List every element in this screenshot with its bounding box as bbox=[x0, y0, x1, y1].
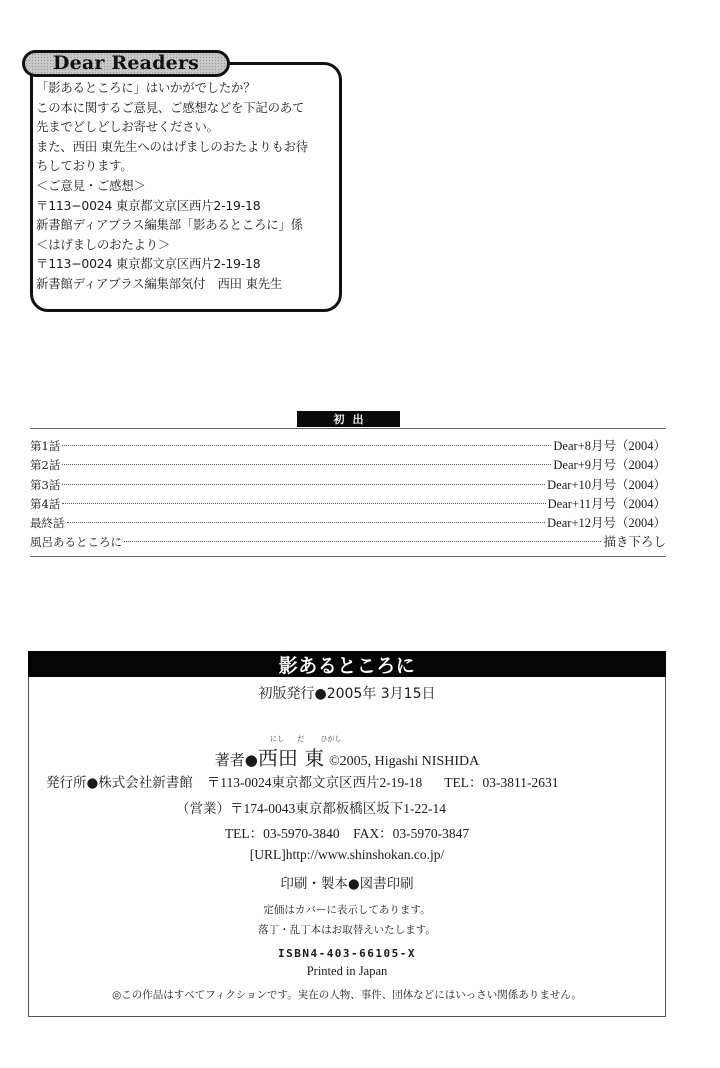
first-edition-date: 初版発行●2005年 3月15日 bbox=[28, 683, 666, 703]
chapter-source: 描き下ろし bbox=[603, 532, 666, 550]
sales-address: 〒174-0043東京都板橋区坂下1-22-14 bbox=[230, 801, 446, 816]
dear-readers-line: 〒113−0024 東京都文京区西片2-19-18 bbox=[36, 196, 336, 216]
chapter-title: 第4話 bbox=[30, 496, 60, 512]
dear-readers-line: 新書館ディアプラス編集部「影あるところに」係 bbox=[36, 215, 336, 235]
sales-label: （営業） bbox=[176, 801, 230, 817]
list-item: 第1話 Dear+8月号（2004） bbox=[30, 436, 666, 455]
sales-line: （営業）〒174-0043東京都板橋区坂下1-22-14 bbox=[176, 797, 446, 817]
publisher-label: 発行所●株式会社新書館 bbox=[46, 775, 193, 791]
first-appearance-header: 初出 bbox=[297, 411, 400, 427]
list-item: 第3話 Dear+10月号（2004） bbox=[30, 475, 666, 494]
dear-readers-line: 新書館ディアプラス編集部気付 西田 東先生 bbox=[36, 274, 336, 294]
chapter-title: 第2話 bbox=[30, 457, 60, 473]
divider bbox=[30, 556, 666, 557]
dot-leader bbox=[62, 484, 545, 485]
dear-readers-line: この本に関するご意見、ご感想などを下記のあて bbox=[36, 98, 336, 118]
dear-readers-line: ＜ご意見・ご感想＞ bbox=[36, 176, 336, 196]
author-prefix: 著者● bbox=[215, 751, 258, 769]
dot-leader bbox=[62, 503, 545, 504]
author-name: 西田 東 bbox=[258, 746, 324, 770]
publisher-url: [URL]http://www.shinshokan.co.jp/ bbox=[28, 847, 666, 863]
dear-readers-line: 〒113−0024 東京都文京区西片2-19-18 bbox=[36, 254, 336, 274]
publisher-tel: TEL：03-3811-2631 bbox=[444, 775, 558, 790]
dear-readers-line: ちしております。 bbox=[36, 156, 336, 176]
dear-readers-title: Dear Readers bbox=[53, 52, 199, 74]
dear-readers-line: ＜はげましのおたより＞ bbox=[36, 235, 336, 255]
dear-readers-line: 先までどしどしお寄せください。 bbox=[36, 117, 336, 137]
publisher-line: 発行所●株式会社新書館〒113-0024東京都文京区西片2-19-18TEL：0… bbox=[46, 771, 559, 791]
fiction-disclaimer: ◎この作品はすべてフィクションです。実在の人物、事件、団体などにはいっさい関係あ… bbox=[28, 987, 666, 1002]
dot-leader bbox=[67, 522, 546, 523]
replacement-note: 落丁・乱丁本はお取替えいたします。 bbox=[28, 922, 666, 937]
chapter-title: 風呂あるところに bbox=[30, 534, 122, 550]
chapter-source: Dear+12月号（2004） bbox=[547, 513, 666, 531]
divider bbox=[30, 428, 666, 429]
list-item: 第2話 Dear+9月号（2004） bbox=[30, 455, 666, 474]
chapter-title: 第3話 bbox=[30, 477, 60, 493]
chapter-source: Dear+8月号（2004） bbox=[553, 436, 666, 454]
dot-leader bbox=[62, 464, 551, 465]
price-note: 定価はカバーに表示してあります。 bbox=[28, 902, 666, 917]
dot-leader bbox=[62, 445, 551, 446]
list-item: 第4話 Dear+11月号（2004） bbox=[30, 494, 666, 513]
dot-leader bbox=[124, 541, 601, 542]
author-line: 著者●西田 東 ©2005, Higashi NISHIDA bbox=[28, 742, 666, 771]
chapter-title: 最終話 bbox=[30, 515, 65, 531]
book-title: 影あるところに bbox=[279, 651, 416, 678]
isbn: ISBN4-403-66105-X bbox=[28, 947, 666, 960]
sales-telfax: TEL：03-5970-3840 FAX：03-5970-3847 bbox=[28, 822, 666, 842]
first-appearance-list: 第1話 Dear+8月号（2004） 第2話 Dear+9月号（2004） 第3… bbox=[30, 436, 666, 552]
printed-in: Printed in Japan bbox=[28, 964, 666, 979]
printer-line: 印刷・製本●図書印刷 bbox=[28, 872, 666, 892]
chapter-source: Dear+10月号（2004） bbox=[547, 475, 666, 493]
dear-readers-line: 「影あるところに」はいかがでしたか？ bbox=[36, 78, 336, 98]
chapter-title: 第1話 bbox=[30, 438, 60, 454]
dear-readers-tab: Dear Readers bbox=[22, 50, 230, 77]
chapter-source: Dear+11月号（2004） bbox=[548, 494, 666, 512]
book-title-bar: 影あるところに bbox=[28, 651, 666, 677]
dear-readers-text: 「影あるところに」はいかがでしたか？ この本に関するご意見、ご感想などを下記のあ… bbox=[36, 78, 336, 294]
publisher-address: 〒113-0024東京都文京区西片2-19-18 bbox=[207, 775, 423, 790]
author-copyright: ©2005, Higashi NISHIDA bbox=[329, 754, 479, 769]
list-item: 最終話 Dear+12月号（2004） bbox=[30, 513, 666, 532]
dear-readers-line: また、西田 東先生へのはげましのおたよりもお待 bbox=[36, 137, 336, 157]
chapter-source: Dear+9月号（2004） bbox=[553, 455, 666, 473]
list-item: 風呂あるところに 描き下ろし bbox=[30, 532, 666, 551]
